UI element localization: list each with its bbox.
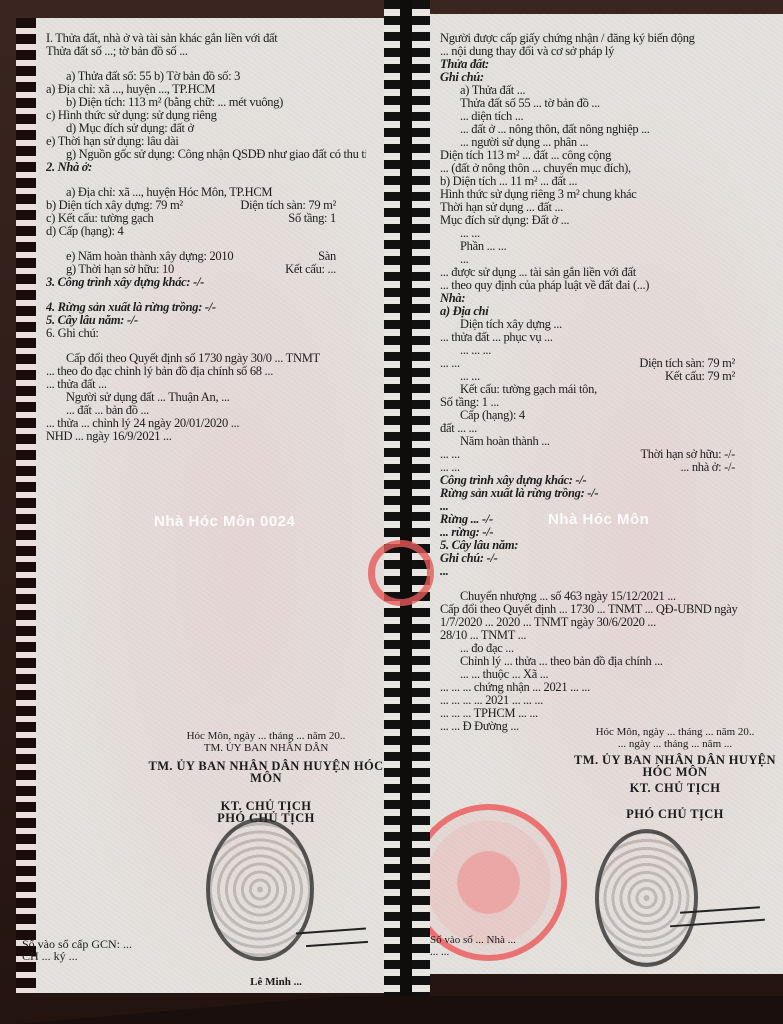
text-line: 4. Rừng sản xuất là rừng trồng: -/-: [46, 301, 366, 314]
authority-role: PHÓ CHỦ TỊCH: [560, 808, 783, 820]
registry-note: Số vào sổ cấp GCN: ... CH ... ký ...: [22, 938, 132, 962]
text-line: g) Thời hạn sở hữu: 10Kết cấu: ...: [46, 263, 366, 276]
text-line: ... ...... nhà ở: -/-: [440, 461, 765, 474]
authority-subtitle: KT. CHỦ TỊCH: [560, 782, 783, 794]
text-line: ... ... thuộc ... Xã ...: [440, 668, 765, 681]
signer-name: Lê Minh ...: [236, 976, 316, 988]
line-right-text: Diện tích sàn: 79 m²: [639, 357, 765, 370]
text-line: Diện tích xây dựng ...: [440, 318, 765, 331]
text-line: I. Thửa đất, nhà ở và tài sản khác gắn l…: [46, 32, 366, 45]
line-spacer: [46, 238, 366, 250]
text-line: ... ... ... ... 2021 ... ... ...: [440, 694, 765, 707]
text-line: a) Thửa đất số: 55 b) Tờ bản đồ số: 3: [46, 70, 366, 83]
text-line: Mục đích sử dụng: Đất ở ...: [440, 214, 765, 227]
text-line: Thời hạn sử dụng ... đất ...: [440, 201, 765, 214]
text-line: ... thửa đất ... phục vụ ...: [440, 331, 765, 344]
line-left-text: b) Diện tích xây dựng: 79 m²: [46, 199, 183, 212]
text-line: ... được sử dụng ... tài sản gắn liền vớ…: [440, 266, 765, 279]
text-line: Người sử dụng đất ... Thuận An, ...: [46, 391, 366, 404]
text-line: ... ...Thời hạn sở hữu: -/-: [440, 448, 765, 461]
text-line: ... diện tích ...: [440, 110, 765, 123]
line-right-text: ... nhà ở: -/-: [681, 461, 765, 474]
text-line: Cấp (hạng): 4: [440, 409, 765, 422]
stamp-note: Số vào sổ ... Nhà ... ... ...: [430, 934, 516, 958]
text-line: ... (đất ở nông thôn ... chuyển mục đích…: [440, 162, 765, 175]
text-line: ... theo quy định của pháp luật về đất đ…: [440, 279, 765, 292]
official-seal: [206, 818, 314, 961]
text-line: Diện tích 113 m² ... đất ... công cộng: [440, 149, 765, 162]
text-line: ... đất ở ... nông thôn, đất nông nghiệp…: [440, 123, 765, 136]
left-perforation: [16, 18, 36, 993]
line-left-text: ... ...: [440, 448, 460, 461]
table-shadow: [0, 996, 783, 1024]
left-page-text: I. Thửa đất, nhà ở và tài sản khác gắn l…: [46, 32, 366, 443]
official-seal: [595, 829, 698, 967]
line-spacer: [46, 58, 366, 70]
text-line: 28/10 ... TNMT ...: [440, 629, 765, 642]
line-left-text: g) Thời hạn sở hữu: 10: [66, 263, 174, 276]
right-page: Người được cấp giấy chứng nhận / đăng ký…: [430, 14, 783, 974]
text-line: c) Kết cấu: tường gạchSố tầng: 1: [46, 212, 366, 225]
text-line: Chuyển nhượng ... số 463 ngày 15/12/2021…: [440, 590, 765, 603]
right-signature-block: Hóc Môn, ngày ... tháng ... năm 20.. ...…: [560, 726, 783, 820]
line-right-text: Kết cấu: ...: [285, 263, 366, 276]
text-line: ...: [440, 565, 765, 578]
line-right-text: Thời hạn sở hữu: -/-: [640, 448, 765, 461]
text-line: g) Nguồn gốc sử dụng: Công nhận QSDĐ như…: [46, 148, 366, 161]
line-left-text: ... ...: [440, 357, 460, 370]
text-line: ... ... ...: [440, 344, 765, 357]
text-line: ... thửa đất ...: [46, 378, 366, 391]
text-line: NHD ... ngày 16/9/2021 ...: [46, 430, 366, 443]
text-line: Thửa đất số 55 ... tờ bản đồ ...: [440, 97, 765, 110]
text-line: d) Cấp (hạng): 4: [46, 225, 366, 238]
text-line: a) Địa chỉ: xã ..., huyện ..., TP.HCM: [46, 83, 366, 96]
text-line: b) Diện tích ... 11 m² ... đất ...: [440, 175, 765, 188]
text-line: b) Diện tích xây dựng: 79 m²Diện tích sà…: [46, 199, 366, 212]
line-spacer: [46, 289, 366, 301]
line-right-text: Diện tích sàn: 79 m²: [240, 199, 366, 212]
left-page: I. Thửa đất, nhà ở và tài sản khác gắn l…: [16, 18, 384, 993]
text-line: ...: [440, 253, 765, 266]
date-line: Hóc Môn, ngày ... tháng ... năm 20..: [146, 730, 384, 742]
text-line: 6. Ghi chú:: [46, 327, 366, 340]
text-line: e) Thời hạn sử dụng: lâu dài: [46, 135, 366, 148]
place-line: TM. ỦY BAN NHÂN DÂN: [146, 742, 384, 754]
line-left-text: ... ...: [440, 461, 460, 474]
text-line: Thửa đất số ...; tờ bản đồ số ...: [46, 45, 366, 58]
date-line: Hóc Môn, ngày ... tháng ... năm 20..: [560, 726, 783, 738]
signature-stroke: [296, 928, 366, 935]
line-spacer: [46, 174, 366, 186]
text-line: Thửa đất:: [440, 58, 765, 71]
watermark: Nhà Hóc Môn: [548, 511, 649, 528]
text-line: Người được cấp giấy chứng nhận / đăng ký…: [440, 32, 765, 45]
line-spacer: [440, 578, 765, 590]
text-line: ... ...Kết cấu: 79 m²: [440, 370, 765, 383]
signer-name: ...: [660, 969, 720, 974]
text-line: Chỉnh lý ... thửa ... theo bản đồ địa ch…: [440, 655, 765, 668]
text-line: ... theo đo đạc chỉnh lý bản đồ địa chín…: [46, 365, 366, 378]
text-line: Ghi chú:: [440, 71, 765, 84]
line-right-text: Số tầng: 1: [288, 212, 366, 225]
text-line: Nhà:: [440, 292, 765, 305]
text-line: ... nội dung thay đổi và cơ sở pháp lý: [440, 45, 765, 58]
text-line: ... đo đạc ...: [440, 642, 765, 655]
text-line: Ghi chú: -/-: [440, 552, 765, 565]
left-signature-block: Hóc Môn, ngày ... tháng ... năm 20.. TM.…: [146, 730, 384, 824]
text-line: e) Năm hoàn thành xây dựng: 2010Sàn: [46, 250, 366, 263]
text-line: Hình thức sử dụng riêng 3 m² chung khác: [440, 188, 765, 201]
authority-title: TM. ỦY BAN NHÂN DÂN HUYỆN HÓC MÔN: [560, 754, 783, 778]
text-line: d) Mục đích sử dụng: đất ở: [46, 122, 366, 135]
text-line: đất ... ...: [440, 422, 765, 435]
text-line: a) Địa chỉ: xã ..., huyện Hóc Môn, TP.HC…: [46, 186, 366, 199]
text-line: a) Thửa đất ...: [440, 84, 765, 97]
binding-stamp-mark: [368, 540, 434, 606]
watermark: Nhà Hóc Môn 0024: [154, 513, 295, 530]
signature-stroke: [306, 941, 368, 947]
authority-title: TM. ỦY BAN NHÂN DÂN HUYỆN HÓC MÔN: [146, 760, 384, 784]
text-line: ... đất ... bản đồ ...: [46, 404, 366, 417]
text-line: Công trình xây dựng khác: -/-: [440, 474, 765, 487]
line-spacer: [46, 340, 366, 352]
text-line: ... ...: [440, 227, 765, 240]
text-line: 5. Cây lâu năm:: [440, 539, 765, 552]
text-line: 1/7/2020 ... 2020 ... TNMT ngày 30/6/202…: [440, 616, 765, 629]
place-line: ... ngày ... tháng ... năm ...: [560, 738, 783, 750]
text-line: c) Hình thức sử dụng: sử dụng riêng: [46, 109, 366, 122]
line-left-text: c) Kết cấu: tường gạch: [46, 212, 153, 225]
text-line: Cấp đổi theo Quyết định số 1730 ngày 30/…: [46, 352, 366, 365]
text-line: Phần ... ...: [440, 240, 765, 253]
text-line: ... ... ... chứng nhận ... 2021 ... ...: [440, 681, 765, 694]
text-line: a) Địa chỉ: [440, 305, 765, 318]
right-page-text: Người được cấp giấy chứng nhận / đăng ký…: [440, 32, 765, 733]
line-left-text: e) Năm hoàn thành xây dựng: 2010: [66, 250, 233, 263]
text-line: ... ... ... TPHCM ... ...: [440, 707, 765, 720]
binding-perforation: [384, 0, 430, 1024]
line-right-text: Sàn: [318, 250, 366, 263]
line-right-text: Kết cấu: 79 m²: [665, 370, 765, 383]
text-line: Năm hoàn thành ...: [440, 435, 765, 448]
text-line: ... người sử dụng ... phân ...: [440, 136, 765, 149]
text-line: Rừng sản xuất là rừng trồng: -/-: [440, 487, 765, 500]
text-line: b) Diện tích: 113 m² (bằng chữ: ... mét …: [46, 96, 366, 109]
text-line: 5. Cây lâu năm: -/-: [46, 314, 366, 327]
text-line: Số tầng: 1 ...: [440, 396, 765, 409]
text-line: Kết cấu: tường gạch mái tôn,: [440, 383, 765, 396]
text-line: Cấp đổi theo Quyết định ... 1730 ... TNM…: [440, 603, 765, 616]
text-line: ... ...Diện tích sàn: 79 m²: [440, 357, 765, 370]
text-line: 2. Nhà ở:: [46, 161, 366, 174]
text-line: ... thửa ... chỉnh lý 24 ngày 20/01/2020…: [46, 417, 366, 430]
text-line: 3. Công trình xây dựng khác: -/-: [46, 276, 366, 289]
line-left-text: ... ...: [460, 370, 480, 383]
